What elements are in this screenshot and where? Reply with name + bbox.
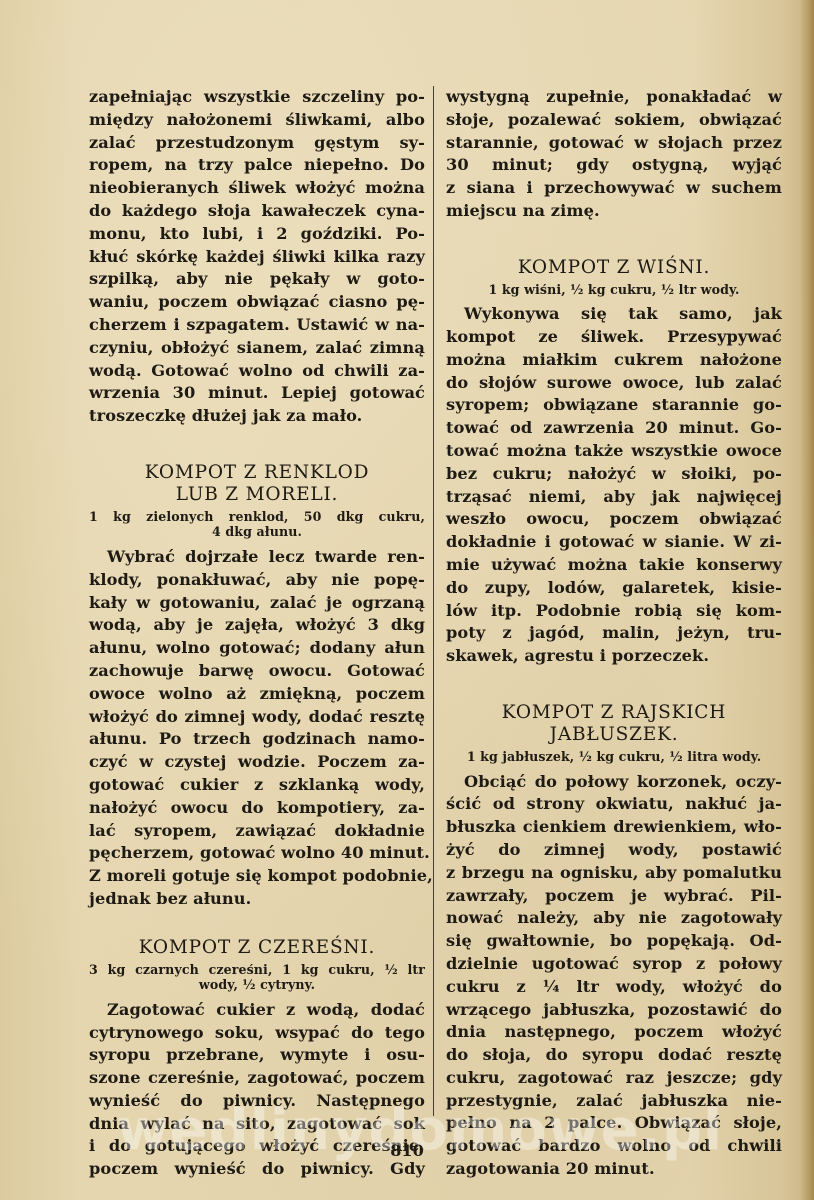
- heading-line: LUB Z MORELI.: [176, 484, 339, 505]
- text-line: cukru z ¼ ltr wody, włożyć do: [446, 976, 782, 999]
- text-line: między nałożonemi śliwkami, albo: [89, 109, 425, 132]
- text-line: zawrzały, poczem je wybrać. Pil-: [446, 885, 782, 908]
- text-line: pełno na 2 palce. Obwiązać słoje,: [446, 1112, 782, 1135]
- text-line: mie używać można takie konserwy: [446, 554, 782, 577]
- heading-line: KOMPOT Z CZEREŚNI.: [139, 937, 375, 958]
- text-line: trząsać niemi, aby jak najwięcej: [446, 486, 782, 509]
- text-line: lać syropem, zawiązać dokładnie: [89, 820, 425, 843]
- spacer: [446, 223, 782, 257]
- text-line: ałunu. Po trzech godzinach namo-: [89, 728, 425, 751]
- text-line: gotować cukier z szklanką wody,: [89, 774, 425, 797]
- column-divider: [433, 86, 434, 1116]
- text-line: ałunu, wolno gotować; dodany ałun: [89, 637, 425, 660]
- ingredients-line: 1 kg wiśni, ½ kg cukru, ½ ltr wody.: [446, 282, 782, 298]
- text-line: nieobieranych śliwek włożyć można: [89, 177, 425, 200]
- text-line: ścić od strony okwiatu, nakłuć ja-: [446, 793, 782, 816]
- text-line: zachowuje barwę owocu. Gotować: [89, 660, 425, 683]
- text-line: miejscu na zimę.: [446, 200, 782, 223]
- text-line: z brzegu na ognisku, aby pomalutku: [446, 862, 782, 885]
- heading-line: KOMPOT Z RENKLOD: [145, 462, 370, 483]
- text-line: syropu przebrane, wymyte i osu-: [89, 1044, 425, 1067]
- text-line: wrzącego jabłuszka, pozostawić do: [446, 999, 782, 1022]
- spacer: [446, 668, 782, 702]
- text-line: kłuć skórkę każdej śliwki kilka razy: [89, 246, 425, 269]
- text-line: zapełniając wszystkie szczeliny po-: [89, 86, 425, 109]
- text-line: klody, ponakłuwać, aby nie popę-: [89, 569, 425, 592]
- text-line: wrzenia 30 minut. Lepiej gotować: [89, 382, 425, 405]
- text-line: do zupy, lodów, galaretek, kisie-: [446, 577, 782, 600]
- text-line: Wybrać dojrzałe lecz twarde ren-: [89, 546, 425, 569]
- text-line: dzielnie ugotować syrop z połowy: [446, 953, 782, 976]
- text-line: syropem; obwiązane starannie go-: [446, 394, 782, 417]
- text-line: zalać przestudzonym gęstym sy-: [89, 132, 425, 155]
- cherry-compote-continuation: wystygną zupełnie, ponakładać w słoje, p…: [446, 86, 782, 223]
- body-jabluszek: Obciąć do połowy korzonek, oczy- ścić od…: [446, 771, 782, 1181]
- text-line: jednak bez ałunu.: [89, 888, 425, 911]
- text-line: weszło owocu, poczem obwiązać: [446, 508, 782, 531]
- plum-compote-continuation: zapełniając wszystkie szczeliny po- międ…: [89, 86, 425, 428]
- body-renklod: Wybrać dojrzałe lecz twarde ren- klody, …: [89, 546, 425, 911]
- heading-line: KOMPOT Z WIŚNI.: [518, 257, 710, 278]
- text-line: 30 minut; gdy ostygną, wyjąć: [446, 154, 782, 177]
- text-line: można miałkim cukrem nałożone: [446, 349, 782, 372]
- text-line: troszeczkę dłużej jak za mało.: [89, 405, 425, 428]
- text-line: cukru, zagotować raz jeszcze; gdy: [446, 1067, 782, 1090]
- ingredients-line: 1 kg zielonych renklod, 50 dkg cukru,: [89, 509, 425, 525]
- text-line: skawek, agrestu i porzeczek.: [446, 645, 782, 668]
- text-line: nować należy, aby nie zagotowały: [446, 907, 782, 930]
- text-line: Wykonywa się tak samo, jak: [446, 303, 782, 326]
- text-line: kały w gotowaniu, zalać je ogrzaną: [89, 592, 425, 615]
- heading-line: JABŁUSZEK.: [550, 724, 679, 745]
- text-line: ropem, na trzy palce niepełno. Do: [89, 154, 425, 177]
- text-line: włożyć do zimnej wody, dodać resztę: [89, 706, 425, 729]
- text-line: cytrynowego soku, wsypać do tego: [89, 1022, 425, 1045]
- heading-wisni: KOMPOT Z WIŚNI.: [446, 257, 782, 279]
- text-line: wystygną zupełnie, ponakładać w: [446, 86, 782, 109]
- text-line: starannie, gotować w słojach przez: [446, 132, 782, 155]
- text-line: zagotowania 20 minut.: [446, 1158, 782, 1181]
- text-line: dnia wylać na sito, zagotować sok: [89, 1113, 425, 1136]
- text-line: tować od zawrzenia 20 minut. Go-: [446, 417, 782, 440]
- ingredients-line: 1 kg jabłuszek, ½ kg cukru, ½ litra wody…: [446, 749, 782, 765]
- text-line: czyniu, obłożyć sianem, zalać zimną: [89, 337, 425, 360]
- text-line: błuszka cienkiem drewienkiem, wło-: [446, 816, 782, 839]
- ingredients-wisni: 1 kg wiśni, ½ kg cukru, ½ ltr wody.: [446, 282, 782, 298]
- text-line: z siana i przechowywać w suchem: [446, 177, 782, 200]
- text-line: szpilką, aby nie pękały w goto-: [89, 268, 425, 291]
- spacer: [89, 911, 425, 937]
- ingredients-czeresni: 3 kg czarnych czereśni, 1 kg cukru, ½ lt…: [89, 962, 425, 993]
- text-line: wodą. Gotować wolno od chwili za-: [89, 360, 425, 383]
- text-line: Zagotować cukier z wodą, dodać: [89, 999, 425, 1022]
- right-column: wystygną zupełnie, ponakładać w słoje, p…: [446, 86, 782, 1181]
- text-line: bez cukru; nałożyć w słoiki, po-: [446, 463, 782, 486]
- text-line: monu, kto lubi, i 2 goździki. Po-: [89, 223, 425, 246]
- left-column: zapełniając wszystkie szczeliny po- międ…: [89, 86, 425, 1181]
- spacer: [89, 428, 425, 462]
- ingredients-jabluszek: 1 kg jabłuszek, ½ kg cukru, ½ litra wody…: [446, 749, 782, 765]
- body-wisni: Wykonywa się tak samo, jak kompot ze śli…: [446, 303, 782, 668]
- text-line: szone czereśnie, zagotować, poczem: [89, 1067, 425, 1090]
- page-number: 810: [0, 1141, 814, 1160]
- heading-jabluszek: KOMPOT Z RAJSKICH JABŁUSZEK.: [446, 702, 782, 746]
- heading-renklod: KOMPOT Z RENKLOD LUB Z MORELI.: [89, 462, 425, 506]
- text-line: lów itp. Podobnie robią się kom-: [446, 600, 782, 623]
- text-line: słoje, pozalewać sokiem, obwiązać: [446, 109, 782, 132]
- text-line: cherzem i szpagatem. Ustawić w na-: [89, 314, 425, 337]
- text-line: Obciąć do połowy korzonek, oczy-: [446, 771, 782, 794]
- text-line: do słojów surowe owoce, lub zalać: [446, 372, 782, 395]
- text-line: czyć w czystej wodzie. Poczem za-: [89, 751, 425, 774]
- heading-line: KOMPOT Z RAJSKICH: [502, 702, 726, 723]
- text-line: dnia następnego, poczem włożyć: [446, 1021, 782, 1044]
- text-line: waniu, poczem obwiązać ciasno pę-: [89, 291, 425, 314]
- heading-czeresni: KOMPOT Z CZEREŚNI.: [89, 937, 425, 959]
- text-line: wodą, aby je zajęła, włożyć 3 dkg: [89, 614, 425, 637]
- text-line: żyć do zimnej wody, postawić: [446, 839, 782, 862]
- ingredients-line: 4 dkg ałunu.: [89, 524, 425, 540]
- text-line: tować można także wszystkie owoce: [446, 440, 782, 463]
- text-line: nałożyć owocu do kompotiery, za-: [89, 797, 425, 820]
- text-line: wynieść do piwnicy. Następnego: [89, 1090, 425, 1113]
- text-line: Z moreli gotuje się kompot podobnie,: [89, 865, 425, 888]
- text-line: dokładnie i gotować w sianie. W zi-: [446, 531, 782, 554]
- ingredients-line: wody, ½ cytryny.: [89, 977, 425, 993]
- text-line: do każdego słoja kawałeczek cyna-: [89, 200, 425, 223]
- text-line: się gwałtownie, bo popękają. Od-: [446, 930, 782, 953]
- text-line: owoce wolno aż zmiękną, poczem: [89, 683, 425, 706]
- text-line: przestygnie, zalać jabłuszka nie-: [446, 1090, 782, 1113]
- text-line: pęcherzem, gotować wolno 40 minut.: [89, 842, 425, 865]
- text-line: poczem wynieść do piwnicy. Gdy: [89, 1158, 425, 1181]
- ingredients-renklod: 1 kg zielonych renklod, 50 dkg cukru, 4 …: [89, 509, 425, 540]
- page-edge-shadow: [800, 0, 814, 1200]
- ingredients-line: 3 kg czarnych czereśni, 1 kg cukru, ½ lt…: [89, 962, 425, 978]
- text-line: poty z jagód, malin, jeżyn, tru-: [446, 622, 782, 645]
- text-line: kompot ze śliwek. Przesypywać: [446, 326, 782, 349]
- text-line: do słoja, do syropu dodać resztę: [446, 1044, 782, 1067]
